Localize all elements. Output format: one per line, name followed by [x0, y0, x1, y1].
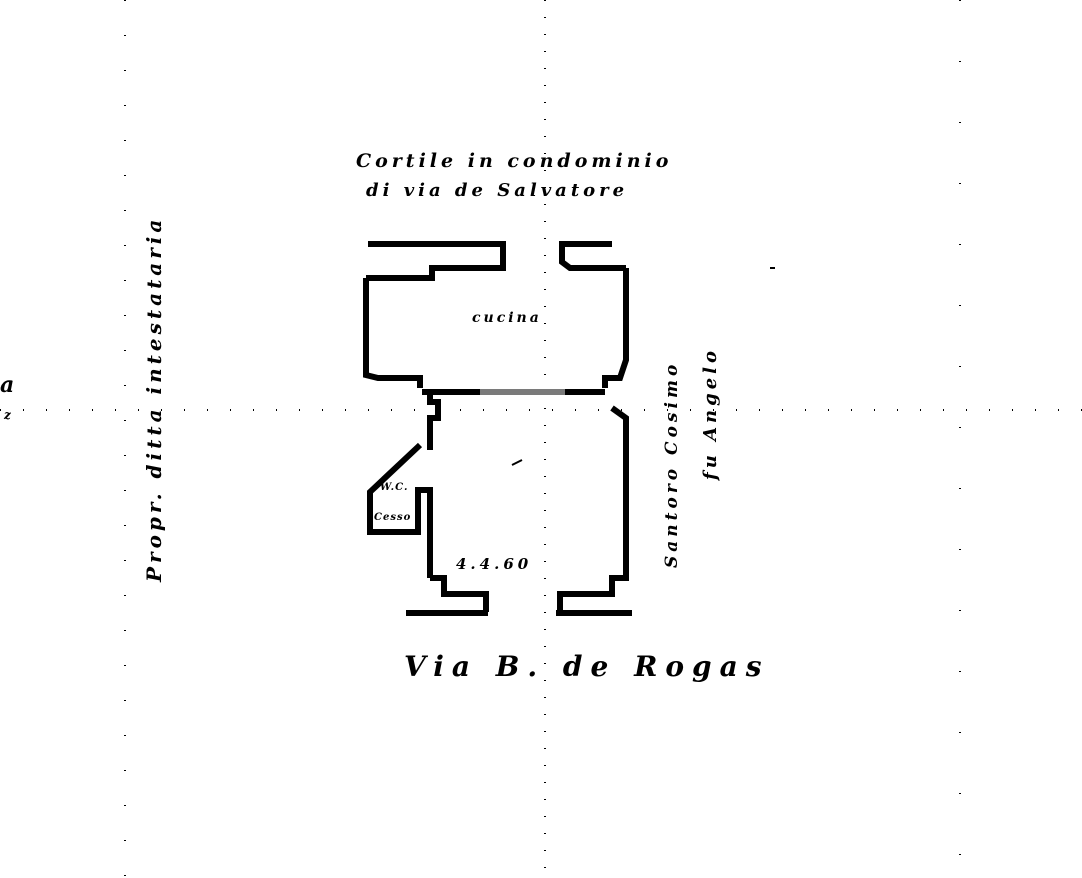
courtyard-label-line1: Cortile in condominio [356, 150, 672, 172]
courtyard-label-line2: di via de Salvatore [366, 180, 628, 201]
left-neighbor-label: Propr. ditta intestataria [142, 216, 166, 582]
right-neighbor-label-line1: Santoro Cosimo [662, 361, 682, 568]
room-label-kitchen: cucina [472, 310, 542, 326]
margin-mark-1: a [0, 372, 17, 398]
room-label-main: 4.4.60 [456, 555, 532, 573]
right-neighbor-label-line2: fu Angelo [700, 347, 721, 480]
margin-mark-2: z [4, 408, 14, 422]
room-label-wc-line2: Cesso [374, 512, 411, 523]
room-label-wc-line1: W.C. [380, 482, 408, 493]
street-label: Via B. de Rogas [404, 650, 770, 683]
scribble-marks [512, 268, 775, 465]
